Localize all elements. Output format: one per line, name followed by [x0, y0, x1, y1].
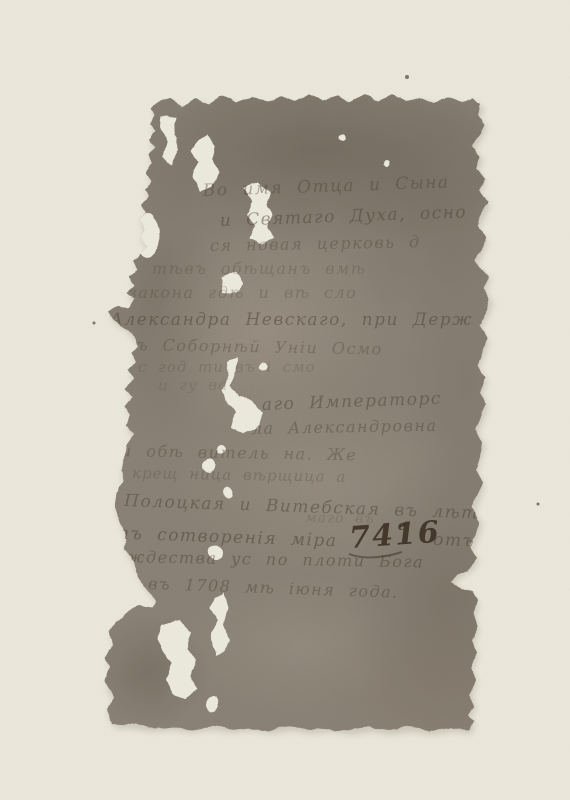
photograph-of-manuscript: Во имя Отца и Сына и Святаго Духа, осно … [0, 0, 570, 800]
handwriting-line: отъ [433, 530, 476, 551]
handwriting-line: крещ ница вѣрщица а [132, 464, 347, 486]
dust-speck [405, 75, 409, 79]
dust-speck [93, 322, 96, 325]
handwriting-line: с год ти въ і смо [138, 358, 316, 376]
dust-speck [537, 503, 540, 506]
handwriting-line: ла Александровна [252, 416, 438, 438]
handwriting-line: ся новая церковь д [210, 232, 421, 255]
torn-hole [384, 161, 390, 167]
torn-hole [207, 696, 219, 712]
year-inscription-bold: 7416 [348, 515, 442, 556]
photo-canvas: Во имя Отца и Сына и Святаго Духа, осно … [0, 0, 570, 800]
handwriting-line: закона гдѣ и вѣ сло [128, 283, 357, 302]
year-superscript: е [397, 518, 408, 534]
handwriting-line: Александра Невскаго, при Держ [109, 310, 473, 330]
torn-hole [339, 134, 346, 141]
handwriting-line: и гу ва [158, 376, 228, 394]
handwriting-line: тѣвъ обѣщанъ вмѣ [152, 259, 366, 278]
